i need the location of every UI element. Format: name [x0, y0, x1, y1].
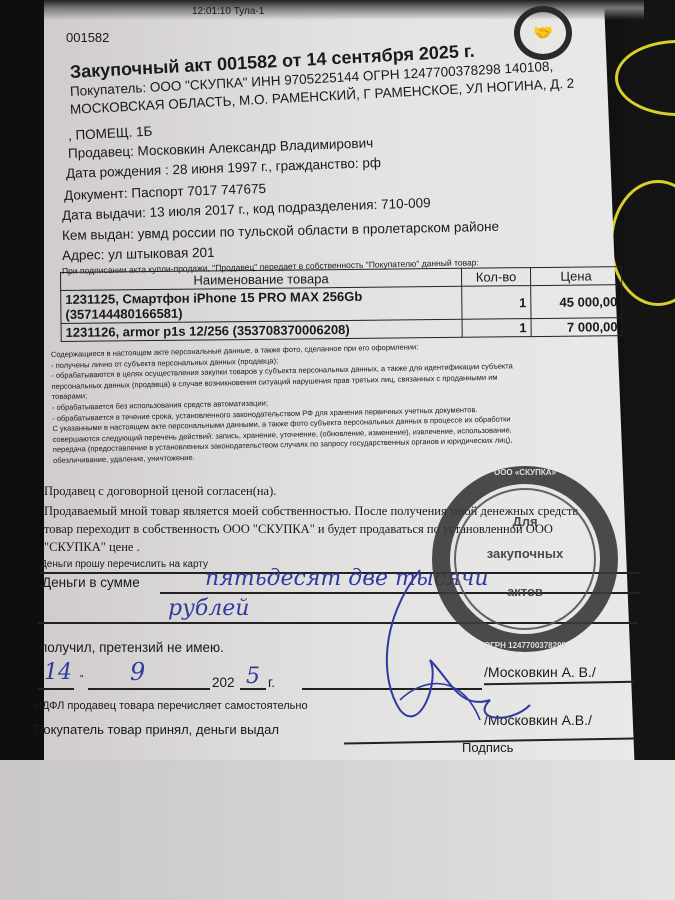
- day-underline: [38, 688, 74, 690]
- date-quote-close: ": [80, 674, 84, 685]
- item-qty: 1: [462, 286, 531, 320]
- column-header-qty: Кол-во: [461, 268, 530, 287]
- year-prefix: 202: [212, 675, 235, 690]
- stamp-center-line-2: закупочных: [450, 546, 600, 561]
- privacy-notice: Содержащиеся в настоящем акте персональн…: [51, 340, 515, 466]
- stamp-ring-bottom: ОГРН 1247700378298: [450, 641, 600, 650]
- agreement-line-1: Продавец с договорной ценой согласен(на)…: [44, 484, 276, 499]
- item-name: 1231126, armor p1s 12/256 (3537083700062…: [61, 319, 462, 341]
- stamp-center-line-1: Для: [450, 514, 600, 529]
- stamp-ring-top: ООО «СКУПКА»: [450, 468, 600, 477]
- company-stamp: ООО «СКУПКА» ОГРН 1247700378298 Для заку…: [432, 466, 618, 652]
- year-suffix: г.: [268, 675, 275, 690]
- date-quote-open: ": [36, 674, 40, 685]
- handshake-icon: 🤝: [533, 23, 553, 43]
- handwritten-year: 5: [246, 664, 260, 689]
- doc-number: 001582: [66, 30, 109, 45]
- item-price: 45 000,00: [531, 285, 622, 319]
- seller-address: Адрес: ул штыковая 201: [62, 245, 215, 263]
- buyer-accepted-note: Покупатель товар принял, деньги выдал: [34, 722, 279, 737]
- stamp-center-line-3: актов: [450, 584, 600, 599]
- ndfl-note: НДФЛ продавец товара перечисляет самосто…: [34, 700, 308, 712]
- receipt-paper-bottom: [0, 760, 675, 900]
- item-qty: 1: [462, 319, 531, 338]
- column-header-price: Цена: [530, 267, 621, 286]
- sum-label: Деньги в сумме: [42, 575, 140, 590]
- print-timestamp: 12:01:10 Тула-1: [192, 6, 264, 17]
- month-underline: [88, 688, 210, 690]
- yellow-cable: [615, 40, 675, 116]
- year-underline: [240, 688, 266, 690]
- handwritten-sum-rubles: рублей: [168, 596, 249, 621]
- items-table: Наименование товара Кол-во Цена 1231125,…: [60, 266, 623, 342]
- item-name: 1231125, Смартфон iPhone 15 PRO MAX 256G…: [61, 286, 462, 323]
- handwritten-day: 14: [44, 660, 72, 685]
- item-price: 7 000,00: [531, 318, 622, 337]
- received-statement: получил, претензий не имею.: [40, 640, 224, 655]
- kupi-prodai-logo: 🤝: [514, 6, 572, 60]
- card-transfer-label: Деньги прошу перечислить на карту: [40, 559, 208, 570]
- handwritten-month: 9: [130, 658, 145, 686]
- agreement-line-4: "СКУПКА" цене .: [44, 540, 140, 555]
